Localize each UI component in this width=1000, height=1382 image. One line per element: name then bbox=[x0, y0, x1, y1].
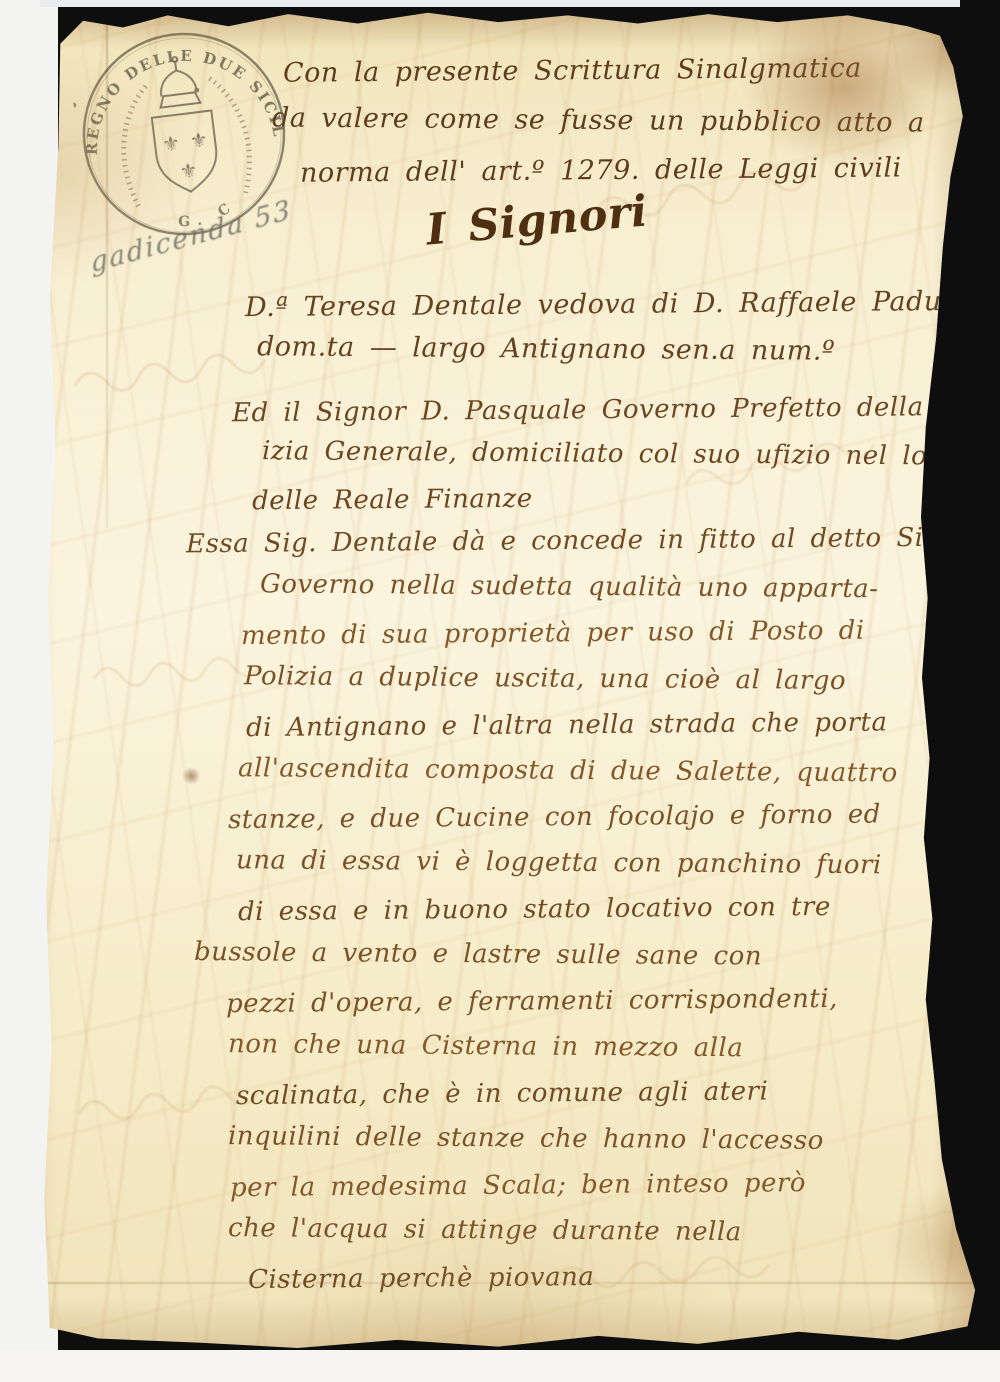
scanner-margin-bottom bbox=[0, 1350, 1000, 1382]
fleur-de-lis-icon: ⚜ bbox=[188, 127, 209, 153]
manuscript-line: dom.ta — largo Antignano sen.a num.º bbox=[257, 324, 968, 375]
manuscript-line: una di essa vi è loggetta con panchino f… bbox=[236, 837, 950, 889]
manuscript-line: Cisterna perchè piovana bbox=[248, 1251, 950, 1303]
fleur-de-lis-icon: ⚜ bbox=[161, 131, 182, 157]
manuscript-line: Polizia a duplice uscita, una cioè al la… bbox=[244, 653, 950, 705]
manuscript-line: all'ascendita composta di due Salette, q… bbox=[238, 745, 950, 797]
manuscript-line: di essa e in buono stato locativo con tr… bbox=[238, 883, 950, 935]
manuscript-line: D.ª Teresa Dentale vedova di D. Raffaele… bbox=[245, 279, 968, 330]
manuscript-line: bussole a vento e lastre sulle sane con bbox=[194, 929, 950, 981]
manuscript-line: da valere come se fusse un pubblico atto… bbox=[272, 93, 925, 148]
fleur-de-lis-icon: ⚜ bbox=[178, 158, 199, 184]
manuscript-line: di Antignano e l'altra nella strada che … bbox=[246, 699, 950, 751]
manuscript-line: per la medesima Scala; ben inteso però bbox=[230, 1159, 950, 1211]
manuscript-page: REGNO DELLE DUE SICILIE ⚜ ⚜ ⚜ bbox=[28, 6, 978, 1352]
manuscript-line: scalinata, che è in comune agli ateri bbox=[236, 1067, 950, 1119]
body-paragraph: Essa Sig. Dentale dà e concede in fitto … bbox=[186, 518, 949, 1300]
manuscript-line: mento di sua proprietà per uso di Posto … bbox=[241, 607, 950, 659]
party-widow-paragraph: D.ª Teresa Dentale vedova di D. Raffaele… bbox=[245, 282, 967, 372]
manuscript-line: izia Generale, domiciliato col suo ufizi… bbox=[262, 429, 990, 479]
manuscript-line: inquilini delle stanze che hanno l'acces… bbox=[228, 1113, 950, 1165]
scanned-manuscript: { "page": { "colors": { "scanner_backgro… bbox=[0, 0, 1000, 1382]
manuscript-line: non che una Cisterna in mezzo alla bbox=[228, 1021, 950, 1073]
manuscript-line: Con la presente Scrittura Sinalgmatica bbox=[283, 43, 925, 99]
manuscript-line: Essa Sig. Dentale dà e concede in fitto … bbox=[186, 515, 950, 568]
party-prefect-paragraph: Ed il Signor D. Pasquale Governo Prefett… bbox=[232, 388, 989, 520]
manuscript-line: Governo nella sudetta qualità uno appart… bbox=[260, 561, 950, 612]
manuscript-line: pezzi d'opera, e ferramenti corrisponden… bbox=[226, 975, 950, 1027]
opening-paragraph: Con la presente Scrittura Sinalgmatica d… bbox=[272, 46, 925, 196]
shield-icon: ⚜ ⚜ ⚜ bbox=[152, 110, 221, 195]
manuscript-line: stanze, e due Cucine con focolajo e forn… bbox=[228, 791, 950, 843]
manuscript-line: Ed il Signor D. Pasquale Governo Prefett… bbox=[232, 385, 990, 436]
manuscript-line: che l'acqua si attinge durante nella bbox=[228, 1205, 950, 1257]
scanner-margin-top bbox=[40, 0, 960, 7]
